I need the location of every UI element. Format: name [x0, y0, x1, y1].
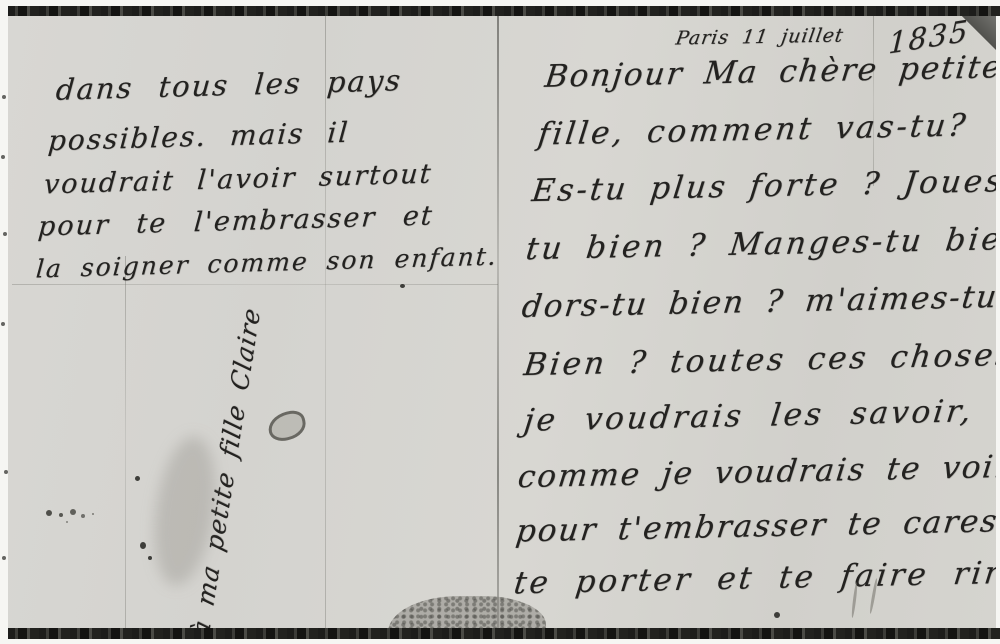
- handwriting-line: comme je voudrais te voir: [516, 449, 996, 495]
- handwriting-line: Bien ? toutes ces choses: [522, 337, 996, 383]
- edge-speck: [1, 155, 5, 159]
- edge-speck: [2, 556, 6, 560]
- photo-top-border: [8, 6, 1000, 16]
- photo-bottom-border: [8, 628, 1000, 639]
- center-fold-crease: [497, 16, 499, 628]
- edge-speck: [1, 322, 5, 326]
- left-page-horizontal-crease: [12, 284, 498, 285]
- ink-dot: [148, 556, 152, 560]
- left-page-crease-2: [325, 16, 326, 628]
- left-page-crease-1: [125, 256, 126, 628]
- handwriting-line: je voudrais les savoir,: [522, 393, 976, 439]
- speck-cluster: [46, 510, 52, 516]
- handwriting-line: Bonjour Ma chère petite: [543, 49, 996, 95]
- ink-dot: [135, 476, 140, 481]
- handwriting-line: dors-tu bien ? m'aimes-tu: [520, 279, 996, 325]
- handwriting-line: voudrait l'avoir surtout: [43, 159, 434, 201]
- right-page-top-crease: [873, 16, 874, 186]
- edge-speck: [4, 470, 8, 474]
- dateline-place: Paris 11 juillet: [674, 25, 845, 50]
- ink-dot: [140, 542, 146, 549]
- handwriting-line: fille, comment vas-tu?: [536, 107, 970, 152]
- handwriting-line: la soigner comme son enfant.: [35, 242, 499, 284]
- ink-dot: [774, 612, 780, 618]
- handwriting-line: possibles. mais il: [47, 116, 351, 158]
- handwriting-line: pour t'embrasser te caresse: [514, 502, 996, 549]
- handwriting-line: tu bien ? Manges-tu bien: [524, 221, 996, 268]
- letter-scan-photo: dans tous les pays possibles. mais il vo…: [0, 0, 1000, 644]
- letter-paper: dans tous les pays possibles. mais il vo…: [8, 16, 996, 628]
- handwriting-line: te porter et te faire rire: [512, 555, 996, 602]
- edge-speck: [3, 232, 7, 236]
- ink-blot-ring: [265, 408, 309, 444]
- edge-speck: [2, 95, 6, 99]
- handwriting-line: dans tous les pays: [55, 63, 404, 107]
- ink-dot: [400, 284, 405, 288]
- handwriting-line: pour te l'embrasser et: [37, 200, 435, 242]
- handwriting-line: Es-tu plus forte ? Joues-: [530, 163, 996, 209]
